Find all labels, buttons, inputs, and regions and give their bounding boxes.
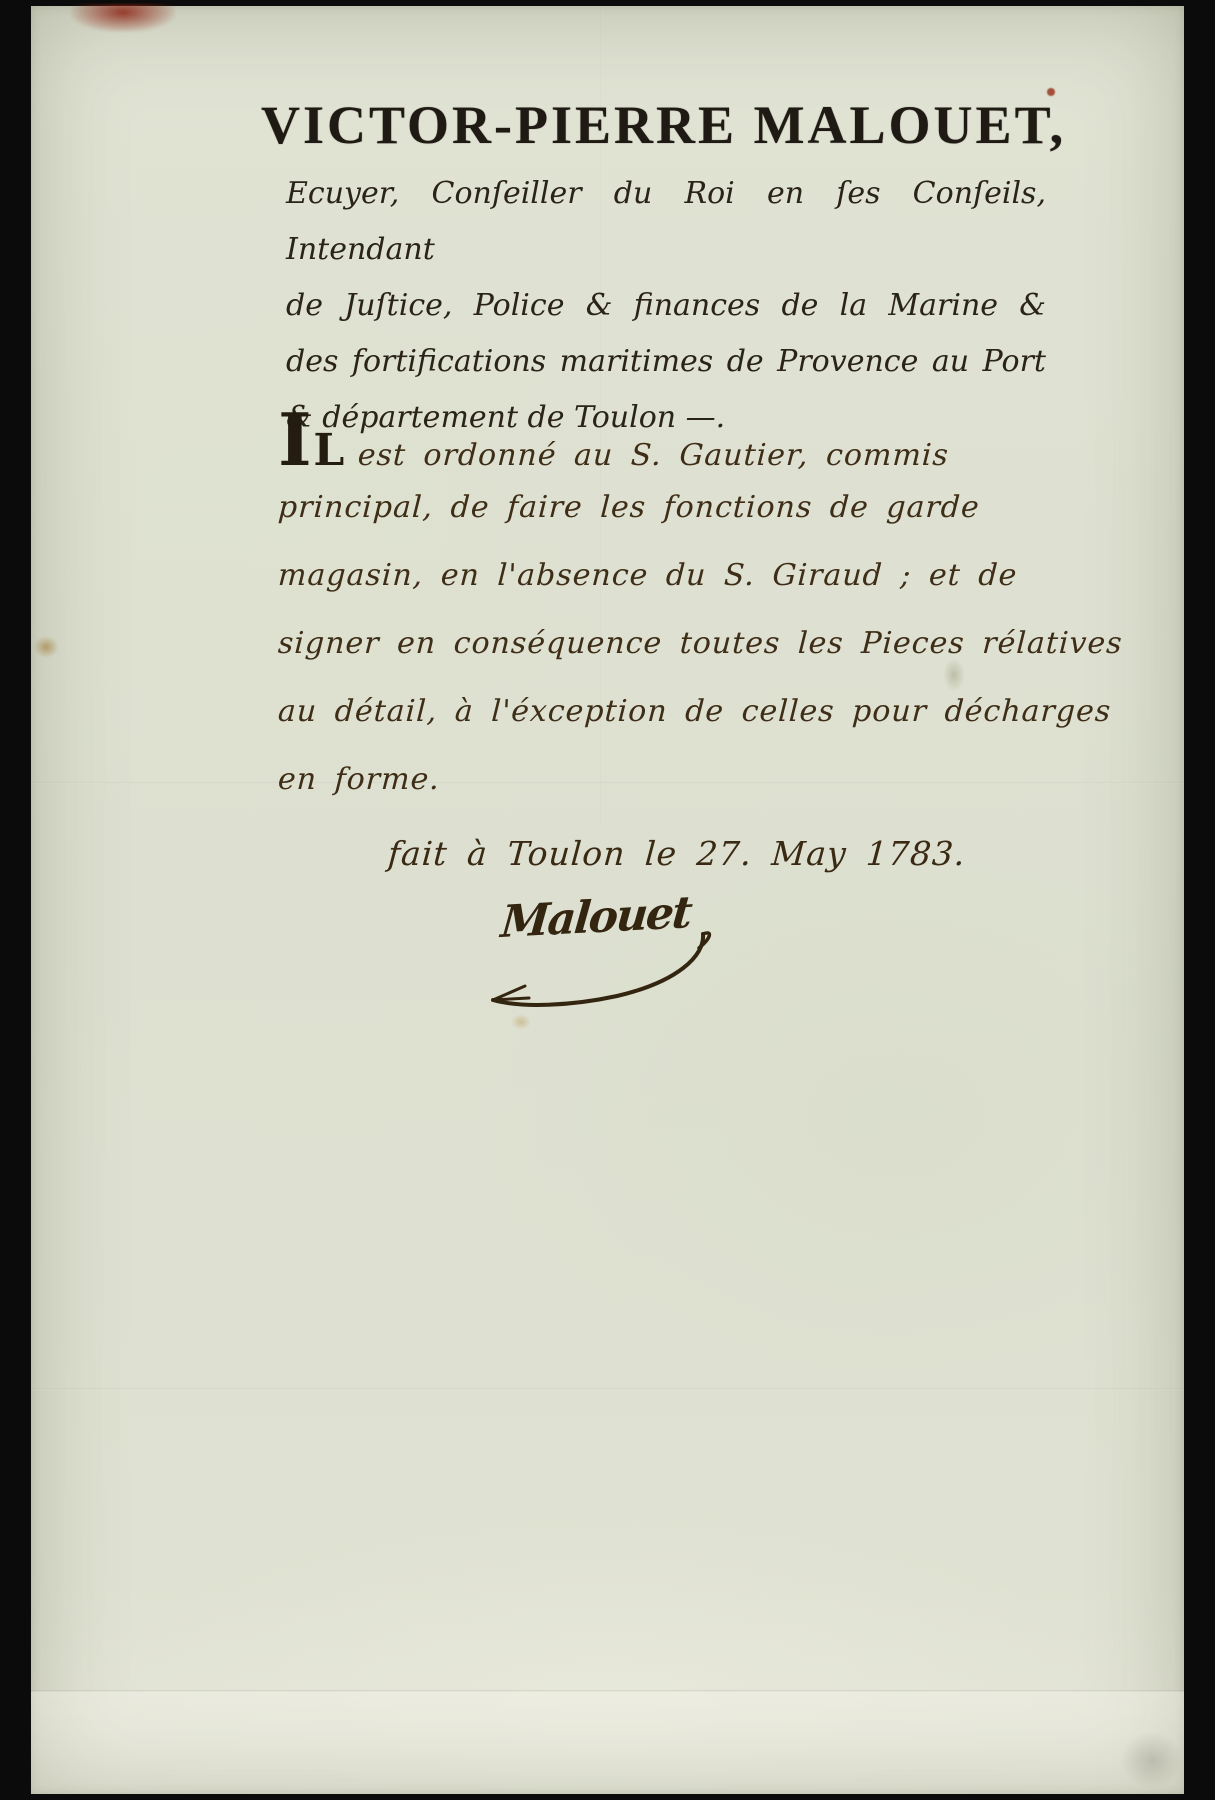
letterhead-titles: Ecuyer, Conſeiller du Roi en ſes Conſeil… <box>286 166 1046 446</box>
signature-block: Malouet <box>467 886 747 1026</box>
manuscript-line: en forme. <box>276 746 1000 814</box>
manuscript-body: IL est ordonné au S. Gautier, commis pri… <box>278 406 998 814</box>
bottom-fold-panel <box>31 1692 1184 1794</box>
signature-name: Malouet <box>499 887 693 948</box>
manuscript-line: au détail, à l'éxception de celles pour … <box>276 678 1000 746</box>
red-ink-smudge <box>71 4 175 32</box>
foxing-spot-left <box>33 636 59 658</box>
dateline: fait à Toulon le 27. May 1783. <box>387 834 967 873</box>
document-paper: VICTOR-PIERRE MALOUET, Ecuyer, Conſeille… <box>31 6 1184 1794</box>
letterhead-title-line: de Juſtice, Police & finances de la Mari… <box>286 278 1046 334</box>
manuscript-line: principal, de faire les fonctions de gar… <box>276 474 1000 542</box>
manuscript-line: signer en conséquence toutes les Pieces … <box>276 610 1000 678</box>
letterhead-title-line: des fortifications maritimes de Provence… <box>286 334 1046 390</box>
letterhead-title-line: Ecuyer, Conſeiller du Roi en ſes Conſeil… <box>286 166 1046 278</box>
manuscript-line: magasin, en l'absence du S. Giraud ; et … <box>276 542 1000 610</box>
manuscript-line: IL est ordonné au S. Gautier, commis <box>276 406 1000 474</box>
drop-cap-initial: I <box>278 406 312 474</box>
photo-background: VICTOR-PIERRE MALOUET, Ecuyer, Conſeille… <box>0 0 1215 1800</box>
fold-crease-middle <box>31 1388 1184 1390</box>
letterhead-name: VICTOR-PIERRE MALOUET, <box>261 94 1051 156</box>
